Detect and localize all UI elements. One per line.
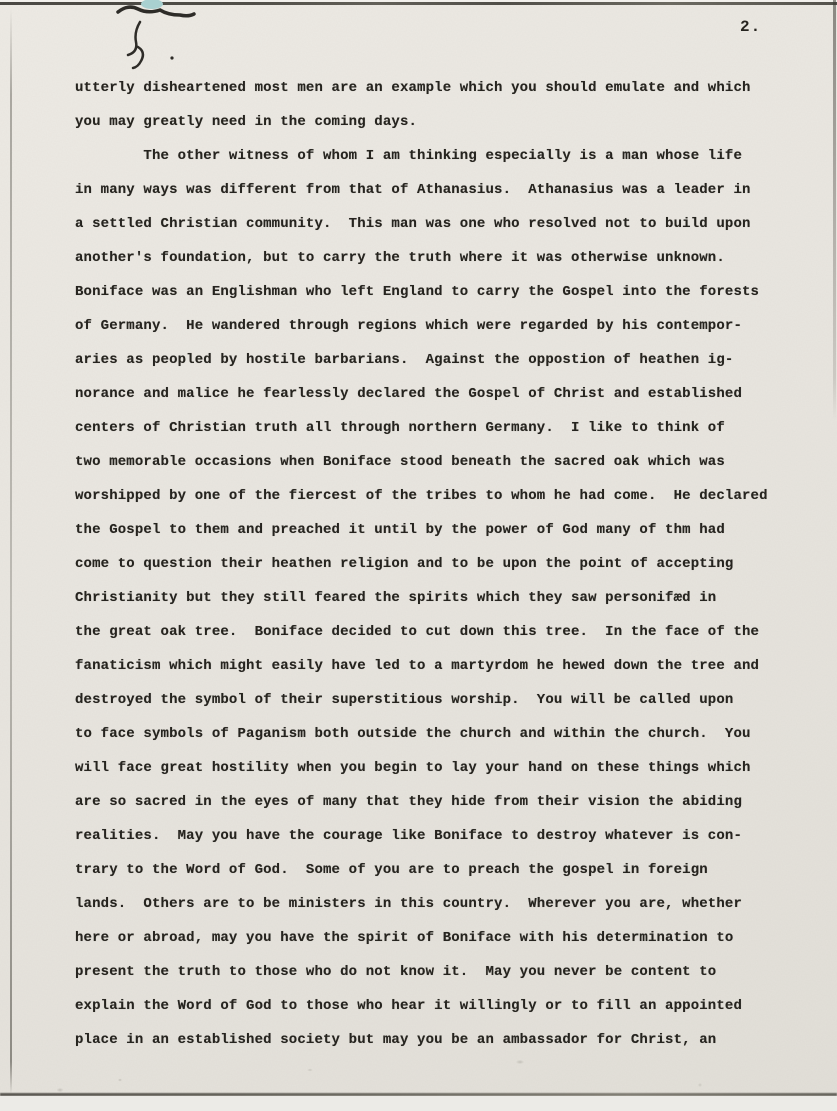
text-line: you may greatly need in the coming days. [75, 105, 795, 139]
page-number: 2. [740, 18, 761, 36]
ink-dot [170, 56, 173, 59]
text-line: lands. Others are to be ministers in thi… [75, 887, 795, 921]
text-line: fanaticism which might easily have led t… [75, 649, 795, 683]
text-line: two memorable occasions when Boniface st… [75, 445, 795, 479]
scan-edge-top [0, 2, 837, 5]
text-line: realities. May you have the courage like… [75, 819, 795, 853]
text-line: destroyed the symbol of their superstiti… [75, 683, 795, 717]
text-line: explain the Word of God to those who hea… [75, 989, 795, 1023]
text-line: place in an established society but may … [75, 1023, 795, 1057]
scan-edge-left [10, 8, 12, 1094]
text-line: worshipped by one of the fiercest of the… [75, 479, 795, 513]
text-line: norance and malice he fearlessly declare… [75, 377, 795, 411]
text-line: trary to the Word of God. Some of you ar… [75, 853, 795, 887]
document-body-text: utterly disheartened most men are an exa… [75, 71, 795, 1057]
ink-hook-mark [128, 22, 143, 68]
text-line: Christianity but they still feared the s… [75, 581, 795, 615]
text-line: The other witness of whom I am thinking … [75, 139, 795, 173]
scanned-document-page: 2. utterly disheartened most men are an … [0, 0, 837, 1111]
text-line: in many ways was different from that of … [75, 173, 795, 207]
text-line: Boniface was an Englishman who left Engl… [75, 275, 795, 309]
ink-squiggle [118, 7, 194, 16]
text-line: present the truth to those who do not kn… [75, 955, 795, 989]
text-line: here or abroad, may you have the spirit … [75, 921, 795, 955]
text-line: the Gospel to them and preached it until… [75, 513, 795, 547]
text-line: a settled Christian community. This man … [75, 207, 795, 241]
text-line: another's foundation, but to carry the t… [75, 241, 795, 275]
text-line: are so sacred in the eyes of many that t… [75, 785, 795, 819]
text-line: utterly disheartened most men are an exa… [75, 71, 795, 105]
text-line: centers of Christian truth all through n… [75, 411, 795, 445]
scan-edge-bottom-strip [0, 1096, 837, 1111]
scan-edge-right [833, 0, 836, 420]
text-line: come to question their heathen religion … [75, 547, 795, 581]
text-line: aries as peopled by hostile barbarians. … [75, 343, 795, 377]
text-line: of Germany. He wandered through regions … [75, 309, 795, 343]
text-line: to face symbols of Paganism both outside… [75, 717, 795, 751]
text-line: the great oak tree. Boniface decided to … [75, 615, 795, 649]
text-line: will face great hostility when you begin… [75, 751, 795, 785]
